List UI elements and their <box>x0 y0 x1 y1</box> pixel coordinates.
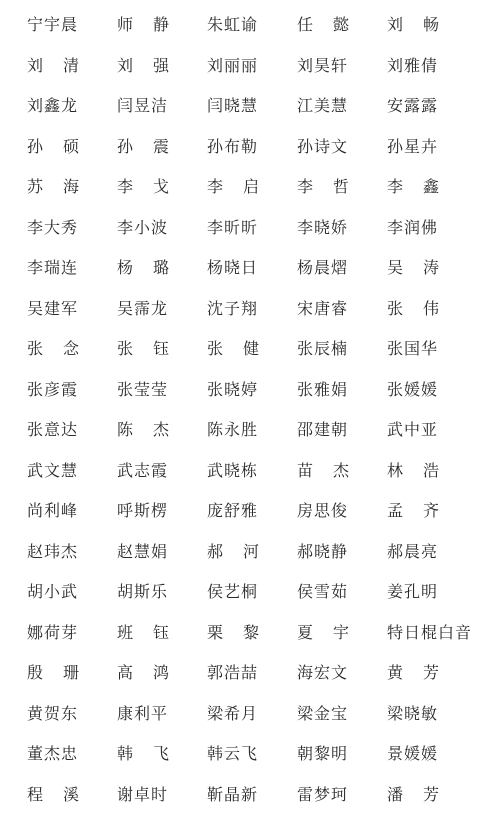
name-cell: 杨晓日 <box>207 258 297 278</box>
name-given: 杰 <box>333 461 349 481</box>
name-cell: 江美慧 <box>297 96 387 116</box>
name-surname: 张 <box>117 339 153 359</box>
name-cell: 沈子翔 <box>207 299 297 319</box>
name-surname: 孙 <box>117 137 153 157</box>
name-cell: 张伟 <box>387 299 477 319</box>
name-cell: 张健 <box>207 339 297 359</box>
name-surname: 程 <box>27 785 63 805</box>
name-row: 赵玮杰赵慧娟郝河郝晓静郝晨亮 <box>27 532 493 573</box>
name-row: 殷珊高鸿郭浩喆海宏文黄芳 <box>27 653 493 694</box>
name-given: 河 <box>243 542 259 562</box>
name-cell: 闫晓慧 <box>207 96 297 116</box>
name-cell: 靳晶新 <box>207 785 297 805</box>
name-given: 璐 <box>153 258 169 278</box>
name-cell: 班钰 <box>117 623 207 643</box>
name-given: 钰 <box>153 339 169 359</box>
name-cell: 朱虹谕 <box>207 15 297 35</box>
name-row: 宁宇晨师静朱虹谕任懿刘畅 <box>27 5 493 46</box>
name-surname: 夏 <box>297 623 333 643</box>
name-cell: 高鸿 <box>117 663 207 683</box>
name-cell: 李瑞连 <box>27 258 117 278</box>
name-given: 宇 <box>333 623 349 643</box>
name-given: 启 <box>243 177 259 197</box>
name-row: 吴建军吴霈龙沈子翔宋唐睿张伟 <box>27 289 493 330</box>
name-cell: 孙星卉 <box>387 137 477 157</box>
name-surname: 孟 <box>387 501 423 521</box>
name-cell: 梁晓敏 <box>387 704 477 724</box>
name-row: 张彦霞张莹莹张晓婷张雅娟张媛媛 <box>27 370 493 411</box>
name-surname: 吴 <box>387 258 423 278</box>
name-cell: 吴霈龙 <box>117 299 207 319</box>
name-cell: 刘丽丽 <box>207 56 297 76</box>
name-cell: 陈杰 <box>117 420 207 440</box>
name-cell: 胡斯乐 <box>117 582 207 602</box>
name-cell: 殷珊 <box>27 663 117 683</box>
name-cell: 娜荷芽 <box>27 623 117 643</box>
name-given: 震 <box>153 137 169 157</box>
name-cell: 宋唐睿 <box>297 299 387 319</box>
name-surname: 孙 <box>27 137 63 157</box>
name-row: 刘鑫龙闫昱洁闫晓慧江美慧安露露 <box>27 86 493 127</box>
name-cell: 李启 <box>207 177 297 197</box>
name-cell: 武志霞 <box>117 461 207 481</box>
name-cell: 郝晓静 <box>297 542 387 562</box>
name-row: 胡小武胡斯乐侯艺桐侯雪茹姜孔明 <box>27 572 493 613</box>
name-cell: 孙诗文 <box>297 137 387 157</box>
name-cell: 呼斯楞 <box>117 501 207 521</box>
name-cell: 李哲 <box>297 177 387 197</box>
name-cell: 吴涛 <box>387 258 477 278</box>
name-cell: 吴建军 <box>27 299 117 319</box>
name-surname: 韩 <box>117 744 153 764</box>
name-surname: 苗 <box>297 461 333 481</box>
name-surname: 刘 <box>27 56 63 76</box>
name-cell: 陈永胜 <box>207 420 297 440</box>
name-cell: 特日棍白音 <box>387 623 477 643</box>
name-surname: 任 <box>297 15 333 35</box>
name-row: 张念张钰张健张辰楠张国华 <box>27 329 493 370</box>
name-cell: 李鑫 <box>387 177 477 197</box>
name-given: 溪 <box>63 785 79 805</box>
name-cell: 孙震 <box>117 137 207 157</box>
name-cell: 苏海 <box>27 177 117 197</box>
name-cell: 孙布勒 <box>207 137 297 157</box>
name-cell: 邵建朝 <box>297 420 387 440</box>
name-cell: 刘昊轩 <box>297 56 387 76</box>
name-given: 哲 <box>333 177 349 197</box>
name-surname: 李 <box>117 177 153 197</box>
name-given: 念 <box>63 339 79 359</box>
name-row: 张意达陈杰陈永胜邵建朝武中亚 <box>27 410 493 451</box>
name-given: 钰 <box>153 623 169 643</box>
name-cell: 刘清 <box>27 56 117 76</box>
name-cell: 李晓娇 <box>297 218 387 238</box>
name-cell: 朝黎明 <box>297 744 387 764</box>
name-cell: 景媛媛 <box>387 744 477 764</box>
name-surname: 郝 <box>207 542 243 562</box>
name-given: 珊 <box>63 663 79 683</box>
name-given: 海 <box>63 177 79 197</box>
name-cell: 孟齐 <box>387 501 477 521</box>
name-surname: 黄 <box>387 663 423 683</box>
name-cell: 程溪 <box>27 785 117 805</box>
name-row: 董杰忠韩飞韩云飞朝黎明景媛媛 <box>27 734 493 775</box>
name-cell: 杨璐 <box>117 258 207 278</box>
name-cell: 武晓栋 <box>207 461 297 481</box>
name-cell: 韩飞 <box>117 744 207 764</box>
name-given: 鸿 <box>153 663 169 683</box>
name-given: 强 <box>153 56 169 76</box>
name-surname: 张 <box>207 339 243 359</box>
name-row: 李瑞连杨璐杨晓日杨晨熠吴涛 <box>27 248 493 289</box>
name-cell: 安露露 <box>387 96 477 116</box>
name-cell: 闫昱洁 <box>117 96 207 116</box>
name-surname: 高 <box>117 663 153 683</box>
name-row: 孙硕孙震孙布勒孙诗文孙星卉 <box>27 127 493 168</box>
name-cell: 张意达 <box>27 420 117 440</box>
name-cell: 姜孔明 <box>387 582 477 602</box>
name-given: 齐 <box>423 501 439 521</box>
name-cell: 栗黎 <box>207 623 297 643</box>
name-cell: 师静 <box>117 15 207 35</box>
name-cell: 郝河 <box>207 542 297 562</box>
name-surname: 潘 <box>387 785 423 805</box>
name-cell: 刘雅倩 <box>387 56 477 76</box>
name-given: 伟 <box>423 299 439 319</box>
name-cell: 武文慧 <box>27 461 117 481</box>
name-cell: 赵慧娟 <box>117 542 207 562</box>
name-given: 飞 <box>153 744 169 764</box>
name-row: 尚利峰呼斯楞庞舒雅房思俊孟齐 <box>27 491 493 532</box>
name-list-grid: 宁宇晨师静朱虹谕任懿刘畅刘清刘强刘丽丽刘昊轩刘雅倩刘鑫龙闫昱洁闫晓慧江美慧安露露… <box>27 5 493 815</box>
name-cell: 黄芳 <box>387 663 477 683</box>
name-cell: 李润佛 <box>387 218 477 238</box>
name-cell: 张辰楠 <box>297 339 387 359</box>
name-cell: 刘强 <box>117 56 207 76</box>
name-cell: 张念 <box>27 339 117 359</box>
name-cell: 韩云飞 <box>207 744 297 764</box>
name-cell: 谢卓时 <box>117 785 207 805</box>
name-cell: 侯雪茹 <box>297 582 387 602</box>
name-row: 程溪谢卓时靳晶新雷梦珂潘芳 <box>27 775 493 816</box>
name-row: 武文慧武志霞武晓栋苗杰林浩 <box>27 451 493 492</box>
name-cell: 康利平 <box>117 704 207 724</box>
name-cell: 李大秀 <box>27 218 117 238</box>
name-cell: 苗杰 <box>297 461 387 481</box>
name-surname: 班 <box>117 623 153 643</box>
name-surname: 殷 <box>27 663 63 683</box>
name-given: 硕 <box>63 137 79 157</box>
name-surname: 张 <box>387 299 423 319</box>
name-row: 苏海李戈李启李哲李鑫 <box>27 167 493 208</box>
name-surname: 杨 <box>117 258 153 278</box>
name-cell: 胡小武 <box>27 582 117 602</box>
name-given: 健 <box>243 339 259 359</box>
name-cell: 孙硕 <box>27 137 117 157</box>
name-row: 刘清刘强刘丽丽刘昊轩刘雅倩 <box>27 46 493 87</box>
name-cell: 张彦霞 <box>27 380 117 400</box>
name-surname: 林 <box>387 461 423 481</box>
name-cell: 海宏文 <box>297 663 387 683</box>
name-given: 畅 <box>423 15 439 35</box>
name-given: 鑫 <box>423 177 439 197</box>
name-given: 浩 <box>423 461 439 481</box>
name-given: 芳 <box>423 785 439 805</box>
name-cell: 张雅娟 <box>297 380 387 400</box>
name-cell: 尚利峰 <box>27 501 117 521</box>
name-surname: 李 <box>387 177 423 197</box>
name-cell: 潘芳 <box>387 785 477 805</box>
name-cell: 张国华 <box>387 339 477 359</box>
name-given: 涛 <box>423 258 439 278</box>
name-given: 静 <box>153 15 169 35</box>
name-surname: 师 <box>117 15 153 35</box>
name-surname: 李 <box>297 177 333 197</box>
name-cell: 夏宇 <box>297 623 387 643</box>
name-cell: 黄贺东 <box>27 704 117 724</box>
name-row: 黄贺东康利平梁希月梁金宝梁晓敏 <box>27 694 493 735</box>
name-given: 戈 <box>153 177 169 197</box>
name-cell: 任懿 <box>297 15 387 35</box>
name-surname: 苏 <box>27 177 63 197</box>
name-surname: 刘 <box>117 56 153 76</box>
name-cell: 林浩 <box>387 461 477 481</box>
name-cell: 房思俊 <box>297 501 387 521</box>
name-cell: 李戈 <box>117 177 207 197</box>
name-cell: 张媛媛 <box>387 380 477 400</box>
name-cell: 李昕昕 <box>207 218 297 238</box>
name-given: 芳 <box>423 663 439 683</box>
name-given: 懿 <box>333 15 349 35</box>
name-cell: 刘畅 <box>387 15 477 35</box>
name-row: 李大秀李小波李昕昕李晓娇李润佛 <box>27 208 493 249</box>
name-cell: 郭浩喆 <box>207 663 297 683</box>
name-cell: 张晓婷 <box>207 380 297 400</box>
name-cell: 张钰 <box>117 339 207 359</box>
name-cell: 武中亚 <box>387 420 477 440</box>
name-cell: 梁希月 <box>207 704 297 724</box>
name-given: 黎 <box>243 623 259 643</box>
name-cell: 赵玮杰 <box>27 542 117 562</box>
name-surname: 栗 <box>207 623 243 643</box>
name-cell: 李小波 <box>117 218 207 238</box>
name-row: 娜荷芽班钰栗黎夏宇特日棍白音 <box>27 613 493 654</box>
name-cell: 侯艺桐 <box>207 582 297 602</box>
name-cell: 郝晨亮 <box>387 542 477 562</box>
name-cell: 张莹莹 <box>117 380 207 400</box>
name-given: 清 <box>63 56 79 76</box>
name-cell: 宁宇晨 <box>27 15 117 35</box>
name-surname: 刘 <box>387 15 423 35</box>
name-surname: 张 <box>27 339 63 359</box>
name-cell: 庞舒雅 <box>207 501 297 521</box>
name-surname: 陈 <box>117 420 153 440</box>
name-surname: 李 <box>207 177 243 197</box>
name-cell: 董杰忠 <box>27 744 117 764</box>
name-cell: 刘鑫龙 <box>27 96 117 116</box>
name-given: 杰 <box>153 420 169 440</box>
name-cell: 梁金宝 <box>297 704 387 724</box>
name-cell: 雷梦珂 <box>297 785 387 805</box>
name-cell: 杨晨熠 <box>297 258 387 278</box>
